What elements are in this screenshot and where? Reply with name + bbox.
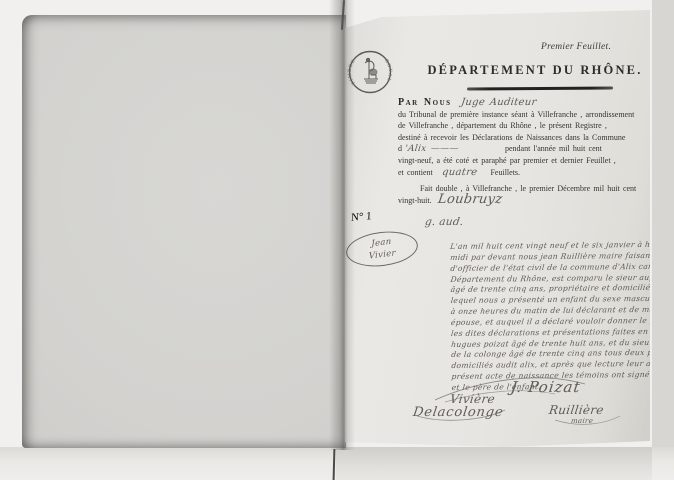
contient-label: et contient xyxy=(398,168,433,177)
signature-witness-1: J. Poizat xyxy=(510,378,582,396)
scan-background-bottom-right xyxy=(336,447,652,480)
scan-background-right xyxy=(652,0,674,480)
birth-act-handwriting: L'an mil huit cent vingt neuf et le six … xyxy=(450,240,654,394)
par-nous-label: Par Nous xyxy=(398,97,452,108)
stamp-text-right: ROYAL xyxy=(383,59,392,83)
signature-mayor: Ruillière xyxy=(548,403,605,417)
register-right-page: TIMBRE ROYAL Premier Feuillet. DÉPARTEME… xyxy=(345,8,650,448)
document-title: DÉPARTEMENT DU RHÔNE. xyxy=(415,63,655,78)
feuillets-count-handwriting: quatre xyxy=(441,167,478,179)
declaration-line: et contient quatre Feuillets. xyxy=(398,167,648,179)
pendant-text: pendant l'année mil huit cent xyxy=(505,143,602,155)
feuillets-label: Feuillets. xyxy=(490,168,520,177)
judge-signature-note: g. aud. xyxy=(424,216,464,228)
judge-signature: Loubruyz xyxy=(437,192,503,207)
blank-left-page xyxy=(22,15,346,448)
fait-double-line: vingt-huit. xyxy=(398,195,648,207)
declaration-line: de Villefranche , département du Rhône ,… xyxy=(398,120,648,132)
judge-title-handwriting: Juge Auditeur xyxy=(460,97,537,109)
declaration-line: vingt-neuf, a été coté et paraphé par pr… xyxy=(398,155,648,167)
commune-prefix: d xyxy=(398,144,402,153)
svg-text:ROYAL: ROYAL xyxy=(383,59,392,83)
signature-witness-2: Delacolonge xyxy=(412,405,504,420)
signature-mayor-title: maire xyxy=(570,417,593,425)
signature-father: Vivière xyxy=(449,392,496,406)
register-declaration: Par Nous Juge Auditeur du Tribunal de pr… xyxy=(398,97,648,206)
margin-name-last: Vivier xyxy=(369,248,396,262)
stamp-seated-figure xyxy=(364,58,378,83)
act-name-margin: Jean Vivier xyxy=(344,228,420,271)
book-spine-shadow xyxy=(329,0,355,450)
declaration-line: Par Nous Juge Auditeur xyxy=(398,97,648,109)
declaration-line: d 'Alix ——— pendant l'année mil huit cen… xyxy=(398,143,648,155)
fait-double-line: Fait double , à Villefranche , le premie… xyxy=(398,183,648,195)
folio-label: Premier Feuillet. xyxy=(541,42,651,52)
title-rule xyxy=(467,86,613,90)
declaration-line: du Tribunal de première instance séant à… xyxy=(398,109,648,121)
declaration-line: destiné à recevoir les Déclarations de N… xyxy=(398,132,648,144)
